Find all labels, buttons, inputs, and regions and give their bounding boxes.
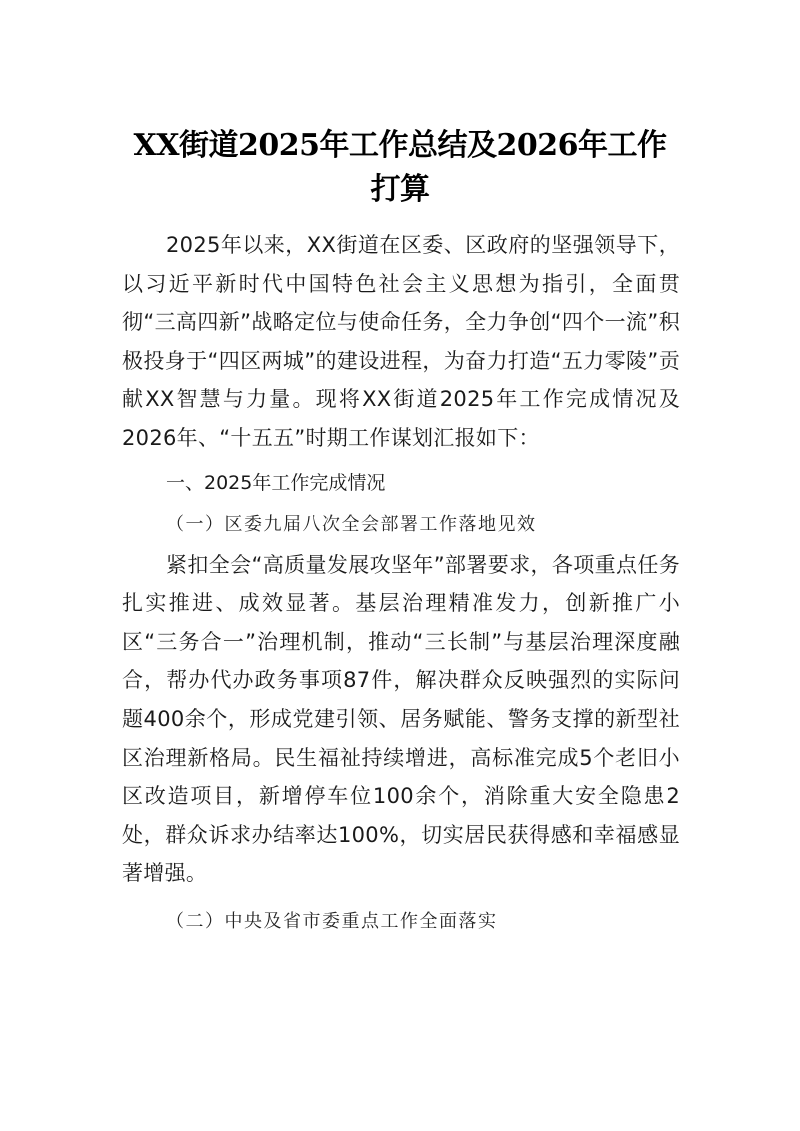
document-page: XX街道2025年工作总结及2026年工作打算 2025年以来，XX街道在区委、… (0, 0, 800, 1131)
document-body: 2025年以来，XX街道在区委、区政府的坚强领导下，以习近平新时代中国特色社会主… (122, 226, 680, 943)
subsection-heading: （一）区委九届八次全会部署工作落地见效 (122, 504, 680, 546)
subsection-heading: （二）中央及省市委重点工作全面落实 (122, 893, 680, 943)
document-title: XX街道2025年工作总结及2026年工作打算 (122, 124, 678, 212)
intro-paragraph: 2025年以来，XX街道在区委、区政府的坚强领导下，以习近平新时代中国特色社会主… (122, 226, 680, 458)
subsection-paragraph: 紧扣全会“高质量发展攻坚年”部署要求，各项重点任务扎实推进、成效显著。基层治理精… (122, 546, 680, 893)
section-heading: 一、2025年工作完成情况 (122, 458, 680, 504)
